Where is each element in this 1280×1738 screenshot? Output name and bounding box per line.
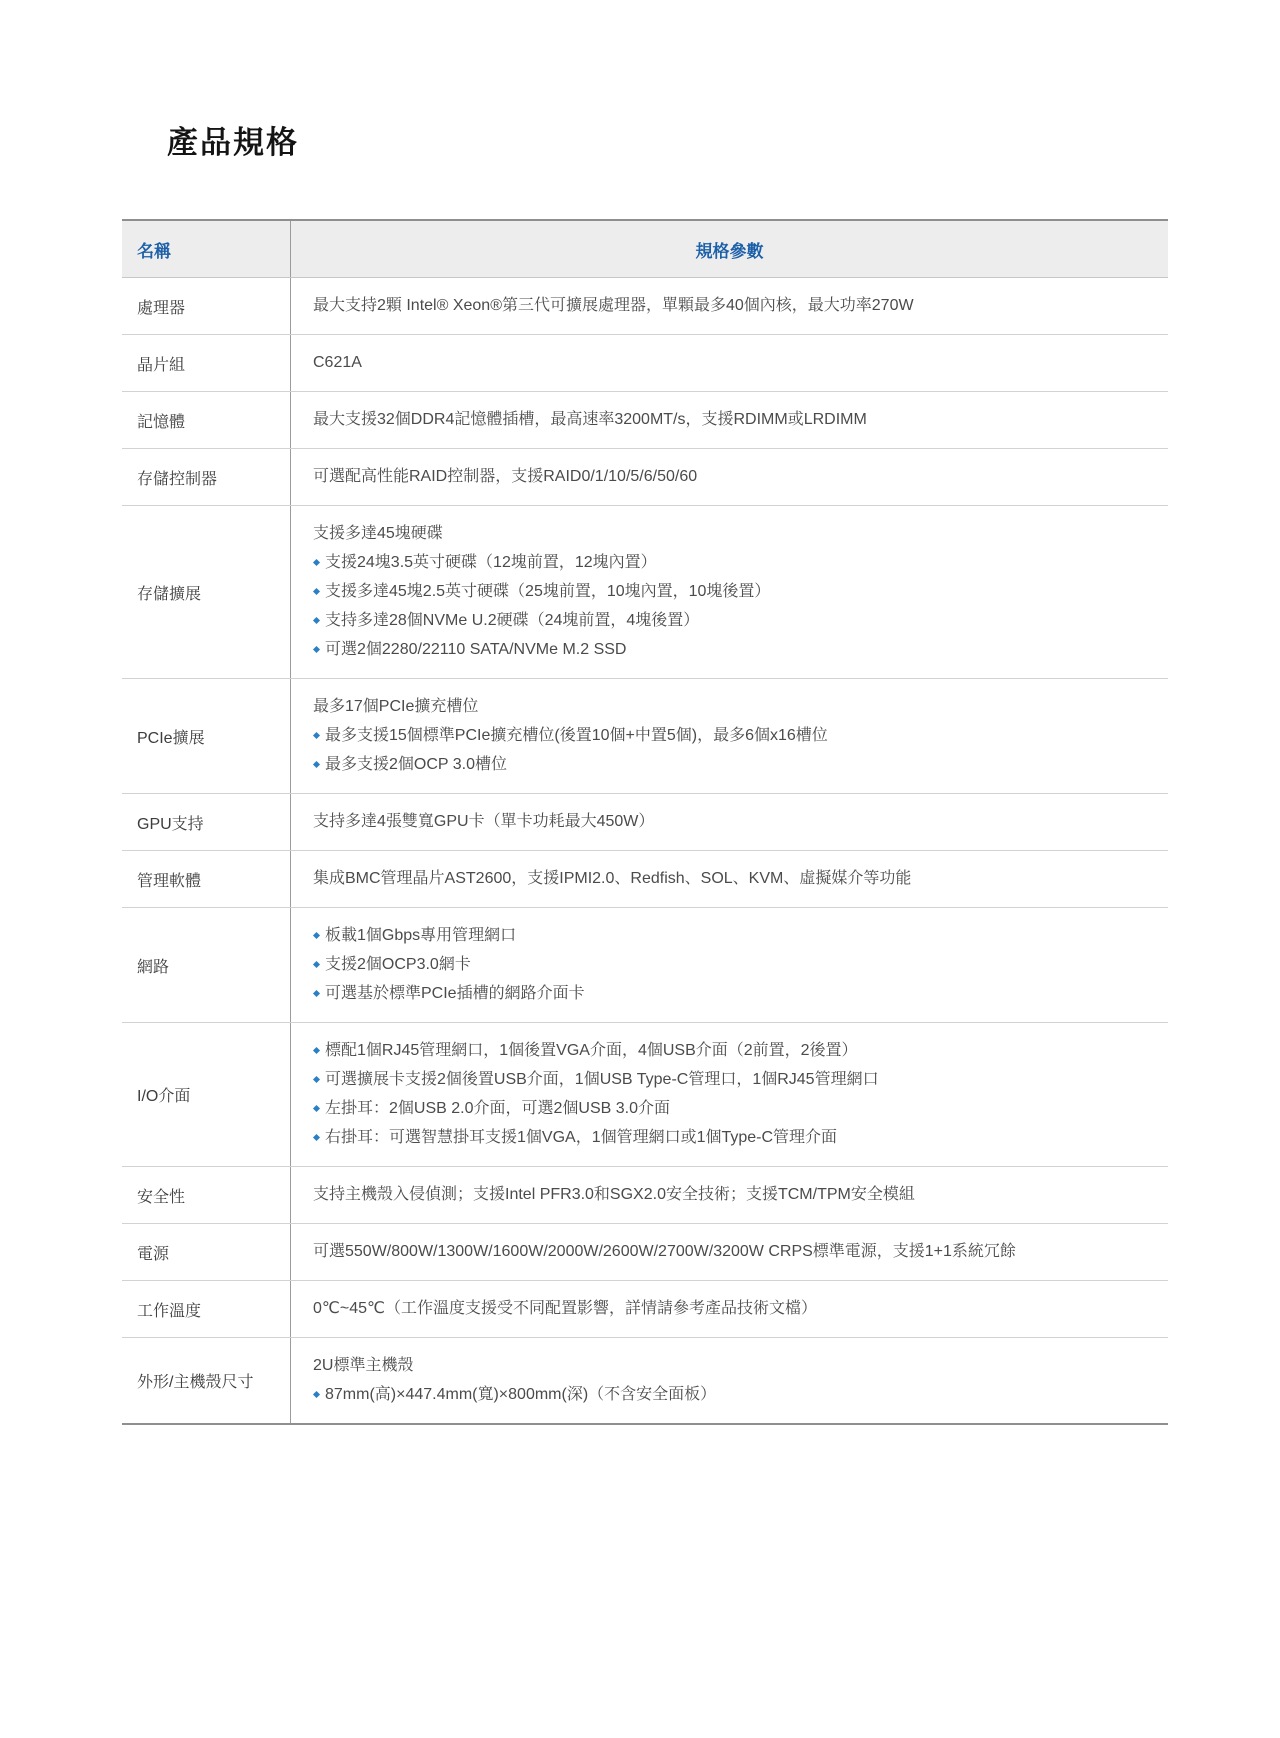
- spec-line: 集成BMC管理晶片AST2600，支援IPMI2.0、Redfish、SOL、K…: [313, 864, 1138, 893]
- row-content: 最大支持2顆 Intel® Xeon®第三代可擴展處理器，單顆最多40個內核，最…: [291, 278, 1168, 334]
- spec-line: 最大支持2顆 Intel® Xeon®第三代可擴展處理器，單顆最多40個內核，最…: [313, 291, 1138, 320]
- table-row: 電源 可選550W/800W/1300W/1600W/2000W/2600W/2…: [122, 1223, 1168, 1280]
- row-label: 工作溫度: [122, 1281, 291, 1337]
- spec-line: 支持主機殼入侵偵測；支援Intel PFR3.0和SGX2.0安全技術；支援TC…: [313, 1180, 1138, 1209]
- spec-bullet-line: 87mm(高)×447.4mm(寬)×800mm(深)（不含安全面板）: [313, 1380, 1138, 1409]
- spec-text: 0℃~45℃（工作溫度支援受不同配置影響，詳情請參考產品技術文檔）: [313, 1294, 817, 1323]
- row-label: 存儲控制器: [122, 449, 291, 505]
- table-row: 安全性 支持主機殼入侵偵測；支援Intel PFR3.0和SGX2.0安全技術；…: [122, 1166, 1168, 1223]
- row-content: 支援多達45塊硬碟支援24塊3.5英寸硬碟（12塊前置，12塊內置）支援多達45…: [291, 506, 1168, 678]
- bullet-diamond-icon: [313, 1047, 320, 1054]
- spec-line: 支援多達45塊硬碟: [313, 519, 1138, 548]
- spec-bullet-line: 可選2個2280/22110 SATA/NVMe M.2 SSD: [313, 635, 1138, 664]
- bullet-diamond-icon: [313, 761, 320, 768]
- spec-text: 最大支援32個DDR4記憶體插槽，最高速率3200MT/s，支援RDIMM或LR…: [313, 405, 867, 434]
- spec-text: 支援多達45塊硬碟: [313, 519, 443, 548]
- bullet-diamond-icon: [313, 1105, 320, 1112]
- bullet-diamond-icon: [313, 961, 320, 968]
- spec-text: 支援24塊3.5英寸硬碟（12塊前置，12塊內置）: [325, 548, 657, 577]
- spec-bullet-line: 支援24塊3.5英寸硬碟（12塊前置，12塊內置）: [313, 548, 1138, 577]
- spec-bullet-line: 最多支援15個標準PCIe擴充槽位(後置10個+中置5個)，最多6個x16槽位: [313, 721, 1138, 750]
- row-label: PCIe擴展: [122, 679, 291, 793]
- table-row: GPU支持 支持多達4張雙寬GPU卡（單卡功耗最大450W）: [122, 793, 1168, 850]
- row-content: 0℃~45℃（工作溫度支援受不同配置影響，詳情請參考產品技術文檔）: [291, 1281, 1168, 1337]
- spec-bullet-line: 支持多達28個NVMe U.2硬碟（24塊前置，4塊後置）: [313, 606, 1138, 635]
- spec-text: 左掛耳：2個USB 2.0介面，可選2個USB 3.0介面: [325, 1094, 670, 1123]
- spec-text: 2U標準主機殼: [313, 1351, 413, 1380]
- column-header-spec: 規格參數: [291, 221, 1168, 277]
- table-row: 外形/主機殼尺寸 2U標準主機殼87mm(高)×447.4mm(寬)×800mm…: [122, 1337, 1168, 1423]
- bullet-diamond-icon: [313, 1134, 320, 1141]
- spec-line: 最大支援32個DDR4記憶體插槽，最高速率3200MT/s，支援RDIMM或LR…: [313, 405, 1138, 434]
- row-label: 安全性: [122, 1167, 291, 1223]
- bullet-diamond-icon: [313, 646, 320, 653]
- column-header-name: 名稱: [122, 221, 291, 277]
- row-content: 最多17個PCIe擴充槽位最多支援15個標準PCIe擴充槽位(後置10個+中置5…: [291, 679, 1168, 793]
- table-row: PCIe擴展 最多17個PCIe擴充槽位最多支援15個標準PCIe擴充槽位(後置…: [122, 678, 1168, 793]
- bullet-diamond-icon: [313, 932, 320, 939]
- spec-text: C621A: [313, 348, 362, 377]
- spec-line: C621A: [313, 348, 1138, 377]
- spec-line: 0℃~45℃（工作溫度支援受不同配置影響，詳情請參考產品技術文檔）: [313, 1294, 1138, 1323]
- spec-bullet-line: 可選基於標準PCIe插槽的網路介面卡: [313, 979, 1138, 1008]
- spec-table-header: 名稱 規格參數: [122, 221, 1168, 277]
- row-label: 外形/主機殼尺寸: [122, 1338, 291, 1423]
- spec-line: 可選配高性能RAID控制器，支援RAID0/1/10/5/6/50/60: [313, 462, 1138, 491]
- bullet-diamond-icon: [313, 732, 320, 739]
- spec-text: 支持主機殼入侵偵測；支援Intel PFR3.0和SGX2.0安全技術；支援TC…: [313, 1180, 915, 1209]
- spec-text: 支持多達4張雙寬GPU卡（單卡功耗最大450W）: [313, 807, 654, 836]
- spec-bullet-line: 左掛耳：2個USB 2.0介面，可選2個USB 3.0介面: [313, 1094, 1138, 1123]
- spec-text: 最多17個PCIe擴充槽位: [313, 692, 478, 721]
- spec-text: 可選550W/800W/1300W/1600W/2000W/2600W/2700…: [313, 1237, 1016, 1266]
- row-label: GPU支持: [122, 794, 291, 850]
- spec-line: 支持多達4張雙寬GPU卡（單卡功耗最大450W）: [313, 807, 1138, 836]
- row-content: C621A: [291, 335, 1168, 391]
- row-content: 標配1個RJ45管理網口，1個後置VGA介面，4個USB介面（2前置，2後置）可…: [291, 1023, 1168, 1166]
- table-row: 處理器 最大支持2顆 Intel® Xeon®第三代可擴展處理器，單顆最多40個…: [122, 277, 1168, 334]
- row-label: 記憶體: [122, 392, 291, 448]
- row-content: 可選550W/800W/1300W/1600W/2000W/2600W/2700…: [291, 1224, 1168, 1280]
- page-header: 產品規格: [100, 116, 1280, 162]
- row-content: 支持多達4張雙寬GPU卡（單卡功耗最大450W）: [291, 794, 1168, 850]
- page-title: 產品規格: [167, 117, 299, 162]
- spec-line: 最多17個PCIe擴充槽位: [313, 692, 1138, 721]
- spec-bullet-line: 標配1個RJ45管理網口，1個後置VGA介面，4個USB介面（2前置，2後置）: [313, 1036, 1138, 1065]
- row-content: 最大支援32個DDR4記憶體插槽，最高速率3200MT/s，支援RDIMM或LR…: [291, 392, 1168, 448]
- bullet-diamond-icon: [313, 559, 320, 566]
- spec-text: 集成BMC管理晶片AST2600，支援IPMI2.0、Redfish、SOL、K…: [313, 864, 911, 893]
- spec-text: 最多支援2個OCP 3.0槽位: [325, 750, 507, 779]
- spec-text: 可選配高性能RAID控制器，支援RAID0/1/10/5/6/50/60: [313, 462, 697, 491]
- spec-text: 支持多達28個NVMe U.2硬碟（24塊前置，4塊後置）: [325, 606, 699, 635]
- spec-text: 標配1個RJ45管理網口，1個後置VGA介面，4個USB介面（2前置，2後置）: [325, 1036, 858, 1065]
- table-row: 存儲擴展 支援多達45塊硬碟支援24塊3.5英寸硬碟（12塊前置，12塊內置）支…: [122, 505, 1168, 678]
- row-content: 板載1個Gbps專用管理網口支援2個OCP3.0網卡可選基於標準PCIe插槽的網…: [291, 908, 1168, 1022]
- bullet-diamond-icon: [313, 990, 320, 997]
- spec-bullet-line: 板載1個Gbps專用管理網口: [313, 921, 1138, 950]
- row-content: 集成BMC管理晶片AST2600，支援IPMI2.0、Redfish、SOL、K…: [291, 851, 1168, 907]
- spec-text: 可選2個2280/22110 SATA/NVMe M.2 SSD: [325, 635, 626, 664]
- row-label: 晶片組: [122, 335, 291, 391]
- row-label: 處理器: [122, 278, 291, 334]
- spec-text: 支援多達45塊2.5英寸硬碟（25塊前置，10塊內置，10塊後置）: [325, 577, 770, 606]
- bullet-diamond-icon: [313, 588, 320, 595]
- row-content: 2U標準主機殼87mm(高)×447.4mm(寬)×800mm(深)（不含安全面…: [291, 1338, 1168, 1423]
- spec-bullet-line: 最多支援2個OCP 3.0槽位: [313, 750, 1138, 779]
- spec-text: 最多支援15個標準PCIe擴充槽位(後置10個+中置5個)，最多6個x16槽位: [325, 721, 828, 750]
- spec-bullet-line: 支援2個OCP3.0網卡: [313, 950, 1138, 979]
- table-row: 工作溫度 0℃~45℃（工作溫度支援受不同配置影響，詳情請參考產品技術文檔）: [122, 1280, 1168, 1337]
- row-label: 管理軟體: [122, 851, 291, 907]
- spec-bullet-line: 支援多達45塊2.5英寸硬碟（25塊前置，10塊內置，10塊後置）: [313, 577, 1138, 606]
- spec-bullet-line: 右掛耳：可選智慧掛耳支援1個VGA，1個管理網口或1個Type-C管理介面: [313, 1123, 1138, 1152]
- spec-text: 右掛耳：可選智慧掛耳支援1個VGA，1個管理網口或1個Type-C管理介面: [325, 1123, 837, 1152]
- spec-text: 最大支持2顆 Intel® Xeon®第三代可擴展處理器，單顆最多40個內核，最…: [313, 291, 914, 320]
- bullet-diamond-icon: [313, 617, 320, 624]
- row-label: 網路: [122, 908, 291, 1022]
- sliders-icon: [100, 116, 152, 162]
- row-content: 可選配高性能RAID控制器，支援RAID0/1/10/5/6/50/60: [291, 449, 1168, 505]
- table-row: I/O介面 標配1個RJ45管理網口，1個後置VGA介面，4個USB介面（2前置…: [122, 1022, 1168, 1166]
- table-row: 晶片組 C621A: [122, 334, 1168, 391]
- spec-text: 可選擴展卡支援2個後置USB介面，1個USB Type-C管理口，1個RJ45管…: [325, 1065, 879, 1094]
- spec-text: 支援2個OCP3.0網卡: [325, 950, 471, 979]
- row-content: 支持主機殼入侵偵測；支援Intel PFR3.0和SGX2.0安全技術；支援TC…: [291, 1167, 1168, 1223]
- table-row: 網路 板載1個Gbps專用管理網口支援2個OCP3.0網卡可選基於標準PCIe插…: [122, 907, 1168, 1022]
- spec-text: 87mm(高)×447.4mm(寬)×800mm(深)（不含安全面板）: [325, 1380, 716, 1409]
- bullet-diamond-icon: [313, 1076, 320, 1083]
- row-label: I/O介面: [122, 1023, 291, 1166]
- table-row: 存儲控制器 可選配高性能RAID控制器，支援RAID0/1/10/5/6/50/…: [122, 448, 1168, 505]
- table-row: 管理軟體 集成BMC管理晶片AST2600，支援IPMI2.0、Redfish、…: [122, 850, 1168, 907]
- spec-line: 可選550W/800W/1300W/1600W/2000W/2600W/2700…: [313, 1237, 1138, 1266]
- row-label: 存儲擴展: [122, 506, 291, 678]
- spec-table: 名稱 規格參數 處理器 最大支持2顆 Intel® Xeon®第三代可擴展處理器…: [122, 219, 1168, 1425]
- spec-text: 板載1個Gbps專用管理網口: [325, 921, 516, 950]
- spec-text: 可選基於標準PCIe插槽的網路介面卡: [325, 979, 585, 1008]
- spec-table-body: 處理器 最大支持2顆 Intel® Xeon®第三代可擴展處理器，單顆最多40個…: [122, 277, 1168, 1423]
- table-row: 記憶體 最大支援32個DDR4記憶體插槽，最高速率3200MT/s，支援RDIM…: [122, 391, 1168, 448]
- spec-line: 2U標準主機殼: [313, 1351, 1138, 1380]
- bullet-diamond-icon: [313, 1391, 320, 1398]
- row-label: 電源: [122, 1224, 291, 1280]
- spec-bullet-line: 可選擴展卡支援2個後置USB介面，1個USB Type-C管理口，1個RJ45管…: [313, 1065, 1138, 1094]
